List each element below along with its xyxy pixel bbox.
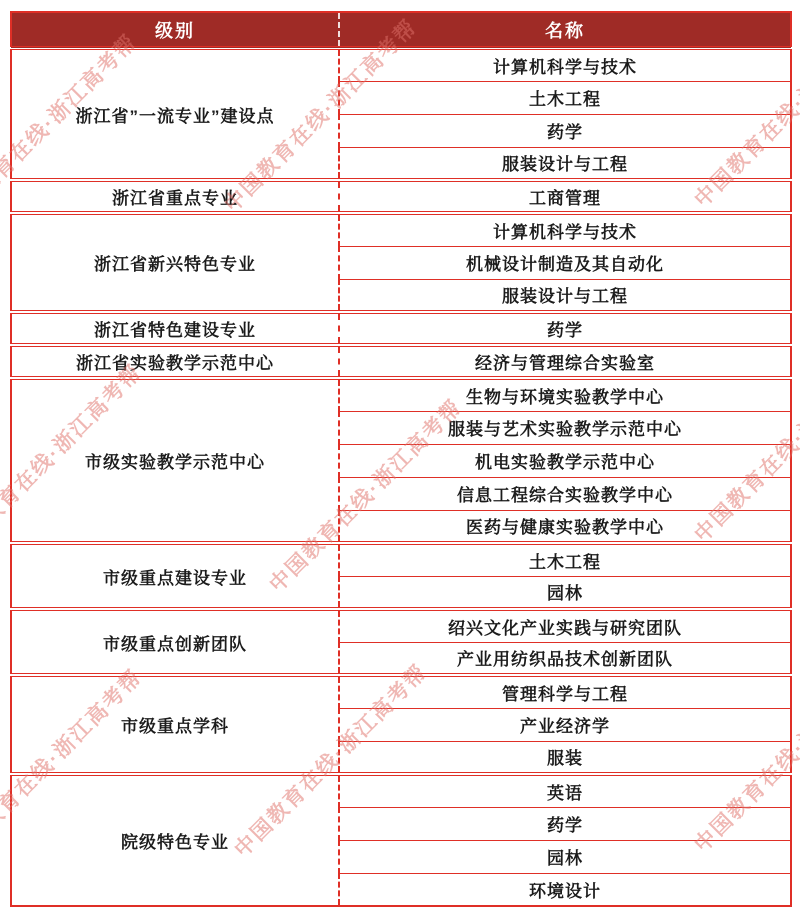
name-cell: 服装设计与工程 [339, 279, 791, 312]
name-cell: 土木工程 [339, 81, 791, 114]
level-cell: 市级重点建设专业 [11, 543, 339, 609]
table-row: 浙江省重点专业 工商管理 [11, 180, 791, 213]
name-cell: 工商管理 [339, 180, 791, 213]
name-cell: 药学 [339, 312, 791, 345]
name-cell: 园林 [339, 840, 791, 873]
name-cell: 园林 [339, 576, 791, 609]
table-row: 浙江省实验教学示范中心 经济与管理综合实验室 [11, 345, 791, 378]
name-cell: 产业经济学 [339, 708, 791, 741]
level-cell: 浙江省特色建设专业 [11, 312, 339, 345]
level-cell: 市级实验教学示范中心 [11, 378, 339, 543]
name-cell: 信息工程综合实验教学中心 [339, 477, 791, 510]
name-cell: 药学 [339, 114, 791, 147]
name-cell: 生物与环境实验教学中心 [339, 378, 791, 411]
table-row: 浙江省特色建设专业 药学 [11, 312, 791, 345]
name-cell: 土木工程 [339, 543, 791, 576]
table-row: 浙江省新兴特色专业 计算机科学与技术 [11, 213, 791, 246]
name-cell: 经济与管理综合实验室 [339, 345, 791, 378]
table-row: 市级重点学科 管理科学与工程 [11, 675, 791, 708]
table-row: 市级实验教学示范中心 生物与环境实验教学中心 [11, 378, 791, 411]
header-cell-level: 级别 [11, 12, 339, 48]
name-cell: 绍兴文化产业实践与研究团队 [339, 609, 791, 642]
name-cell: 计算机科学与技术 [339, 48, 791, 81]
level-cell: 市级重点学科 [11, 675, 339, 774]
program-levels-table: 级别 名称 浙江省”一流专业”建设点 计算机科学与技术 土木工程 药学 服装设计… [10, 11, 792, 907]
name-cell: 药学 [339, 807, 791, 840]
level-cell: 浙江省”一流专业”建设点 [11, 48, 339, 180]
header-cell-name: 名称 [339, 12, 791, 48]
level-cell: 浙江省重点专业 [11, 180, 339, 213]
name-cell: 管理科学与工程 [339, 675, 791, 708]
name-cell: 计算机科学与技术 [339, 213, 791, 246]
level-cell: 浙江省实验教学示范中心 [11, 345, 339, 378]
screenshot-root: 级别 名称 浙江省”一流专业”建设点 计算机科学与技术 土木工程 药学 服装设计… [0, 0, 800, 918]
table-row: 院级特色专业 英语 [11, 774, 791, 807]
name-cell: 医药与健康实验教学中心 [339, 510, 791, 543]
level-cell: 市级重点创新团队 [11, 609, 339, 675]
table-row: 浙江省”一流专业”建设点 计算机科学与技术 [11, 48, 791, 81]
level-cell: 浙江省新兴特色专业 [11, 213, 339, 312]
header-row: 级别 名称 [11, 12, 791, 48]
level-cell: 院级特色专业 [11, 774, 339, 906]
name-cell: 环境设计 [339, 873, 791, 906]
name-cell: 机电实验教学示范中心 [339, 444, 791, 477]
name-cell: 服装与艺术实验教学示范中心 [339, 411, 791, 444]
name-cell: 服装设计与工程 [339, 147, 791, 180]
name-cell: 英语 [339, 774, 791, 807]
table-row: 市级重点创新团队 绍兴文化产业实践与研究团队 [11, 609, 791, 642]
name-cell: 机械设计制造及其自动化 [339, 246, 791, 279]
name-cell: 产业用纺织品技术创新团队 [339, 642, 791, 675]
table-row: 市级重点建设专业 土木工程 [11, 543, 791, 576]
name-cell: 服装 [339, 741, 791, 774]
